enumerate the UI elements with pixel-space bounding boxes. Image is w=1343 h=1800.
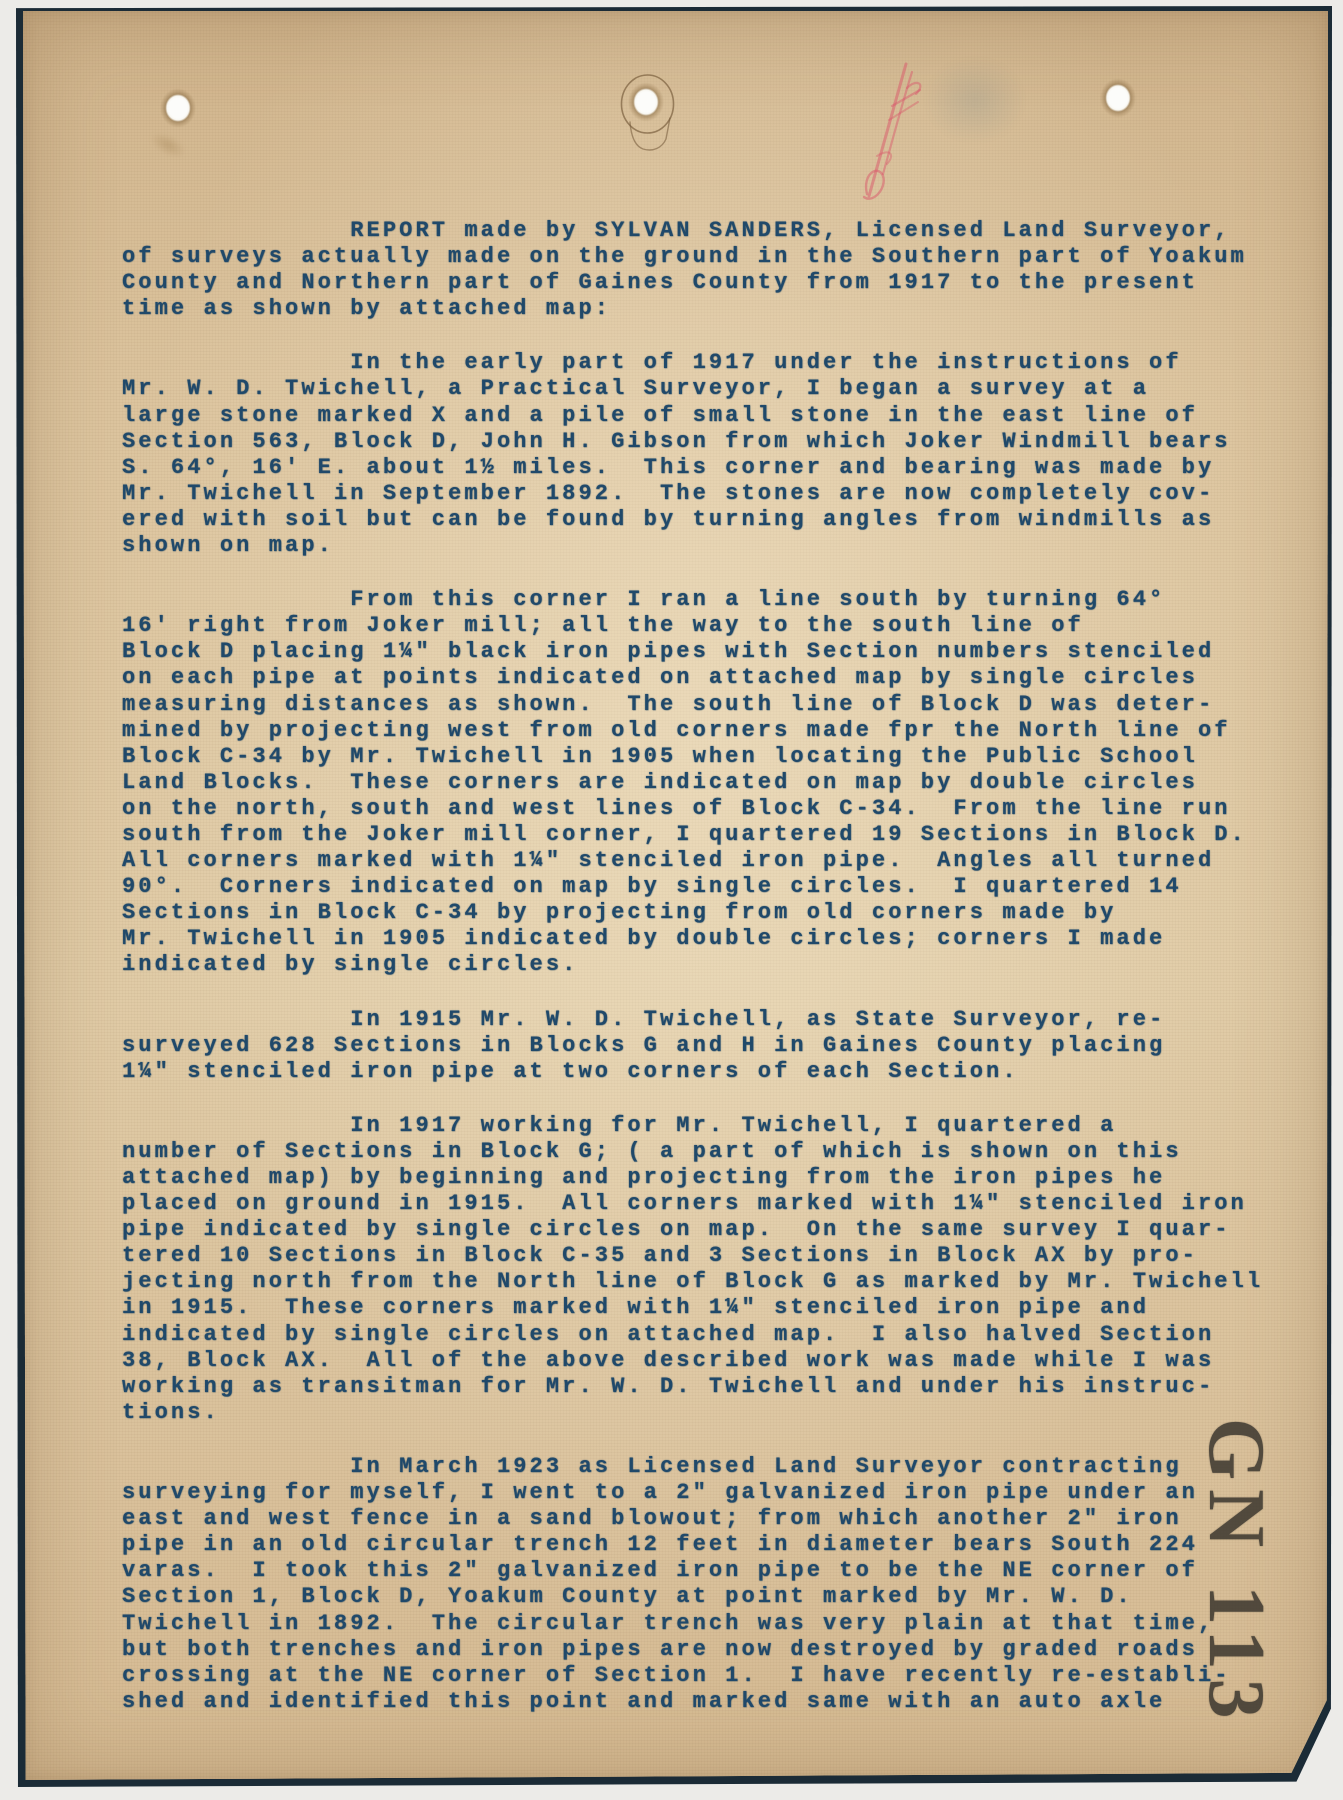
paragraph: From this corner I ran a line south by t…: [122, 587, 1302, 978]
text-line: jecting north from the North line of Blo…: [122, 1269, 1302, 1295]
text-line: attached map) by beginning and projectin…: [122, 1165, 1302, 1191]
text-line: surveyed 628 Sections in Blocks G and H …: [122, 1033, 1302, 1059]
text-line: Block C-34 by Mr. Twichell in 1905 when …: [122, 744, 1302, 770]
text-line: mined by projecting west from old corner…: [122, 718, 1302, 744]
text-line: of surveys actually made on the ground i…: [122, 244, 1302, 270]
text-line: crossing at the NE corner of Section 1. …: [122, 1663, 1302, 1689]
text-line: REPORT made by SYLVAN SANDERS, Licensed …: [122, 218, 1302, 244]
red-pencil-scribble: [852, 52, 952, 217]
text-line: indicated by single circles on attached …: [122, 1322, 1302, 1348]
text-line: indicated by single circles.: [122, 952, 1302, 978]
text-line: time as shown by attached map:: [122, 296, 1302, 322]
typewritten-text: REPORT made by SYLVAN SANDERS, Licensed …: [122, 218, 1302, 1743]
text-line: shed and identified this point and marke…: [122, 1689, 1302, 1715]
text-line: tions.: [122, 1400, 1302, 1426]
scanner-background: { "page": { "stamp": { "text": "GN 113" …: [0, 0, 1343, 1800]
text-line: County and Northern part of Gaines Count…: [122, 270, 1302, 296]
paragraph: In 1915 Mr. W. D. Twichell, as State Sur…: [122, 1007, 1302, 1085]
text-line: Land Blocks. These corners are indicated…: [122, 770, 1302, 796]
text-line: From this corner I ran a line south by t…: [122, 587, 1302, 613]
file-number-stamp: GN 113: [1198, 1418, 1274, 1748]
text-line: but both trenches and iron pipes are now…: [122, 1637, 1302, 1663]
text-line: All corners marked with 1¼" stenciled ir…: [122, 848, 1302, 874]
text-line: pipe in an old circular trench 12 feet i…: [122, 1532, 1302, 1558]
text-line: ered with soil but can be found by turni…: [122, 507, 1302, 533]
text-line: placed on ground in 1915. All corners ma…: [122, 1191, 1302, 1217]
paragraph: In the early part of 1917 under the inst…: [122, 350, 1302, 559]
paragraph: In March 1923 as Licensed Land Surveyor …: [122, 1454, 1302, 1715]
text-line: south from the Joker mill corner, I quar…: [122, 822, 1302, 848]
text-line: tered 10 Sections in Block C-35 and 3 Se…: [122, 1243, 1302, 1269]
punch-hole-right: [1096, 74, 1140, 122]
text-line: on each pipe at points indicated on atta…: [122, 665, 1302, 691]
text-line: large stone marked X and a pile of small…: [122, 403, 1302, 429]
text-line: Section 1, Block D, Yoakum County at poi…: [122, 1584, 1302, 1610]
text-line: Mr. W. D. Twichell, a Practical Surveyor…: [122, 376, 1302, 402]
text-line: In the early part of 1917 under the inst…: [122, 350, 1302, 376]
text-line: on the north, south and west lines of Bl…: [122, 796, 1302, 822]
text-line: measuring distances as shown. The south …: [122, 692, 1302, 718]
text-line: S. 64°, 16' E. about 1½ miles. This corn…: [122, 455, 1302, 481]
text-line: Sections in Block C-34 by projecting fro…: [122, 900, 1302, 926]
text-line: varas. I took this 2" galvanized iron pi…: [122, 1558, 1302, 1584]
text-line: shown on map.: [122, 533, 1302, 559]
text-line: 38, Block AX. All of the above described…: [122, 1348, 1302, 1374]
text-line: Section 563, Block D, John H. Gibson fro…: [122, 429, 1302, 455]
text-line: In 1915 Mr. W. D. Twichell, as State Sur…: [122, 1007, 1302, 1033]
text-line: In March 1923 as Licensed Land Surveyor …: [122, 1454, 1302, 1480]
text-line: surveying for myself, I went to a 2" gal…: [122, 1480, 1302, 1506]
text-line: pipe indicated by single circles on map.…: [122, 1217, 1302, 1243]
text-line: 90°. Corners indicated on map by single …: [122, 874, 1302, 900]
paragraph: In 1917 working for Mr. Twichell, I quar…: [122, 1113, 1302, 1426]
text-line: number of Sections in Block G; ( a part …: [122, 1139, 1302, 1165]
text-line: In 1917 working for Mr. Twichell, I quar…: [122, 1113, 1302, 1139]
paragraph: REPORT made by SYLVAN SANDERS, Licensed …: [122, 218, 1302, 322]
text-line: 1¼" stenciled iron pipe at two corners o…: [122, 1059, 1302, 1085]
text-line: Mr. Twichell in 1905 indicated by double…: [122, 926, 1302, 952]
text-line: Twichell in 1892. The circular trench wa…: [122, 1611, 1302, 1637]
punch-hole-left: [156, 84, 200, 132]
pencil-circle-annotation: [596, 56, 706, 176]
text-line: 16' right from Joker mill; all the way t…: [122, 613, 1302, 639]
text-line: east and west fence in a sand blowout; f…: [122, 1506, 1302, 1532]
text-line: working as transitman for Mr. W. D. Twic…: [122, 1374, 1302, 1400]
text-line: Block D placing 1¼" black iron pipes wit…: [122, 639, 1302, 665]
text-line: in 1915. These corners marked with 1¼" s…: [122, 1295, 1302, 1321]
text-line: Mr. Twichell in September 1892. The ston…: [122, 481, 1302, 507]
